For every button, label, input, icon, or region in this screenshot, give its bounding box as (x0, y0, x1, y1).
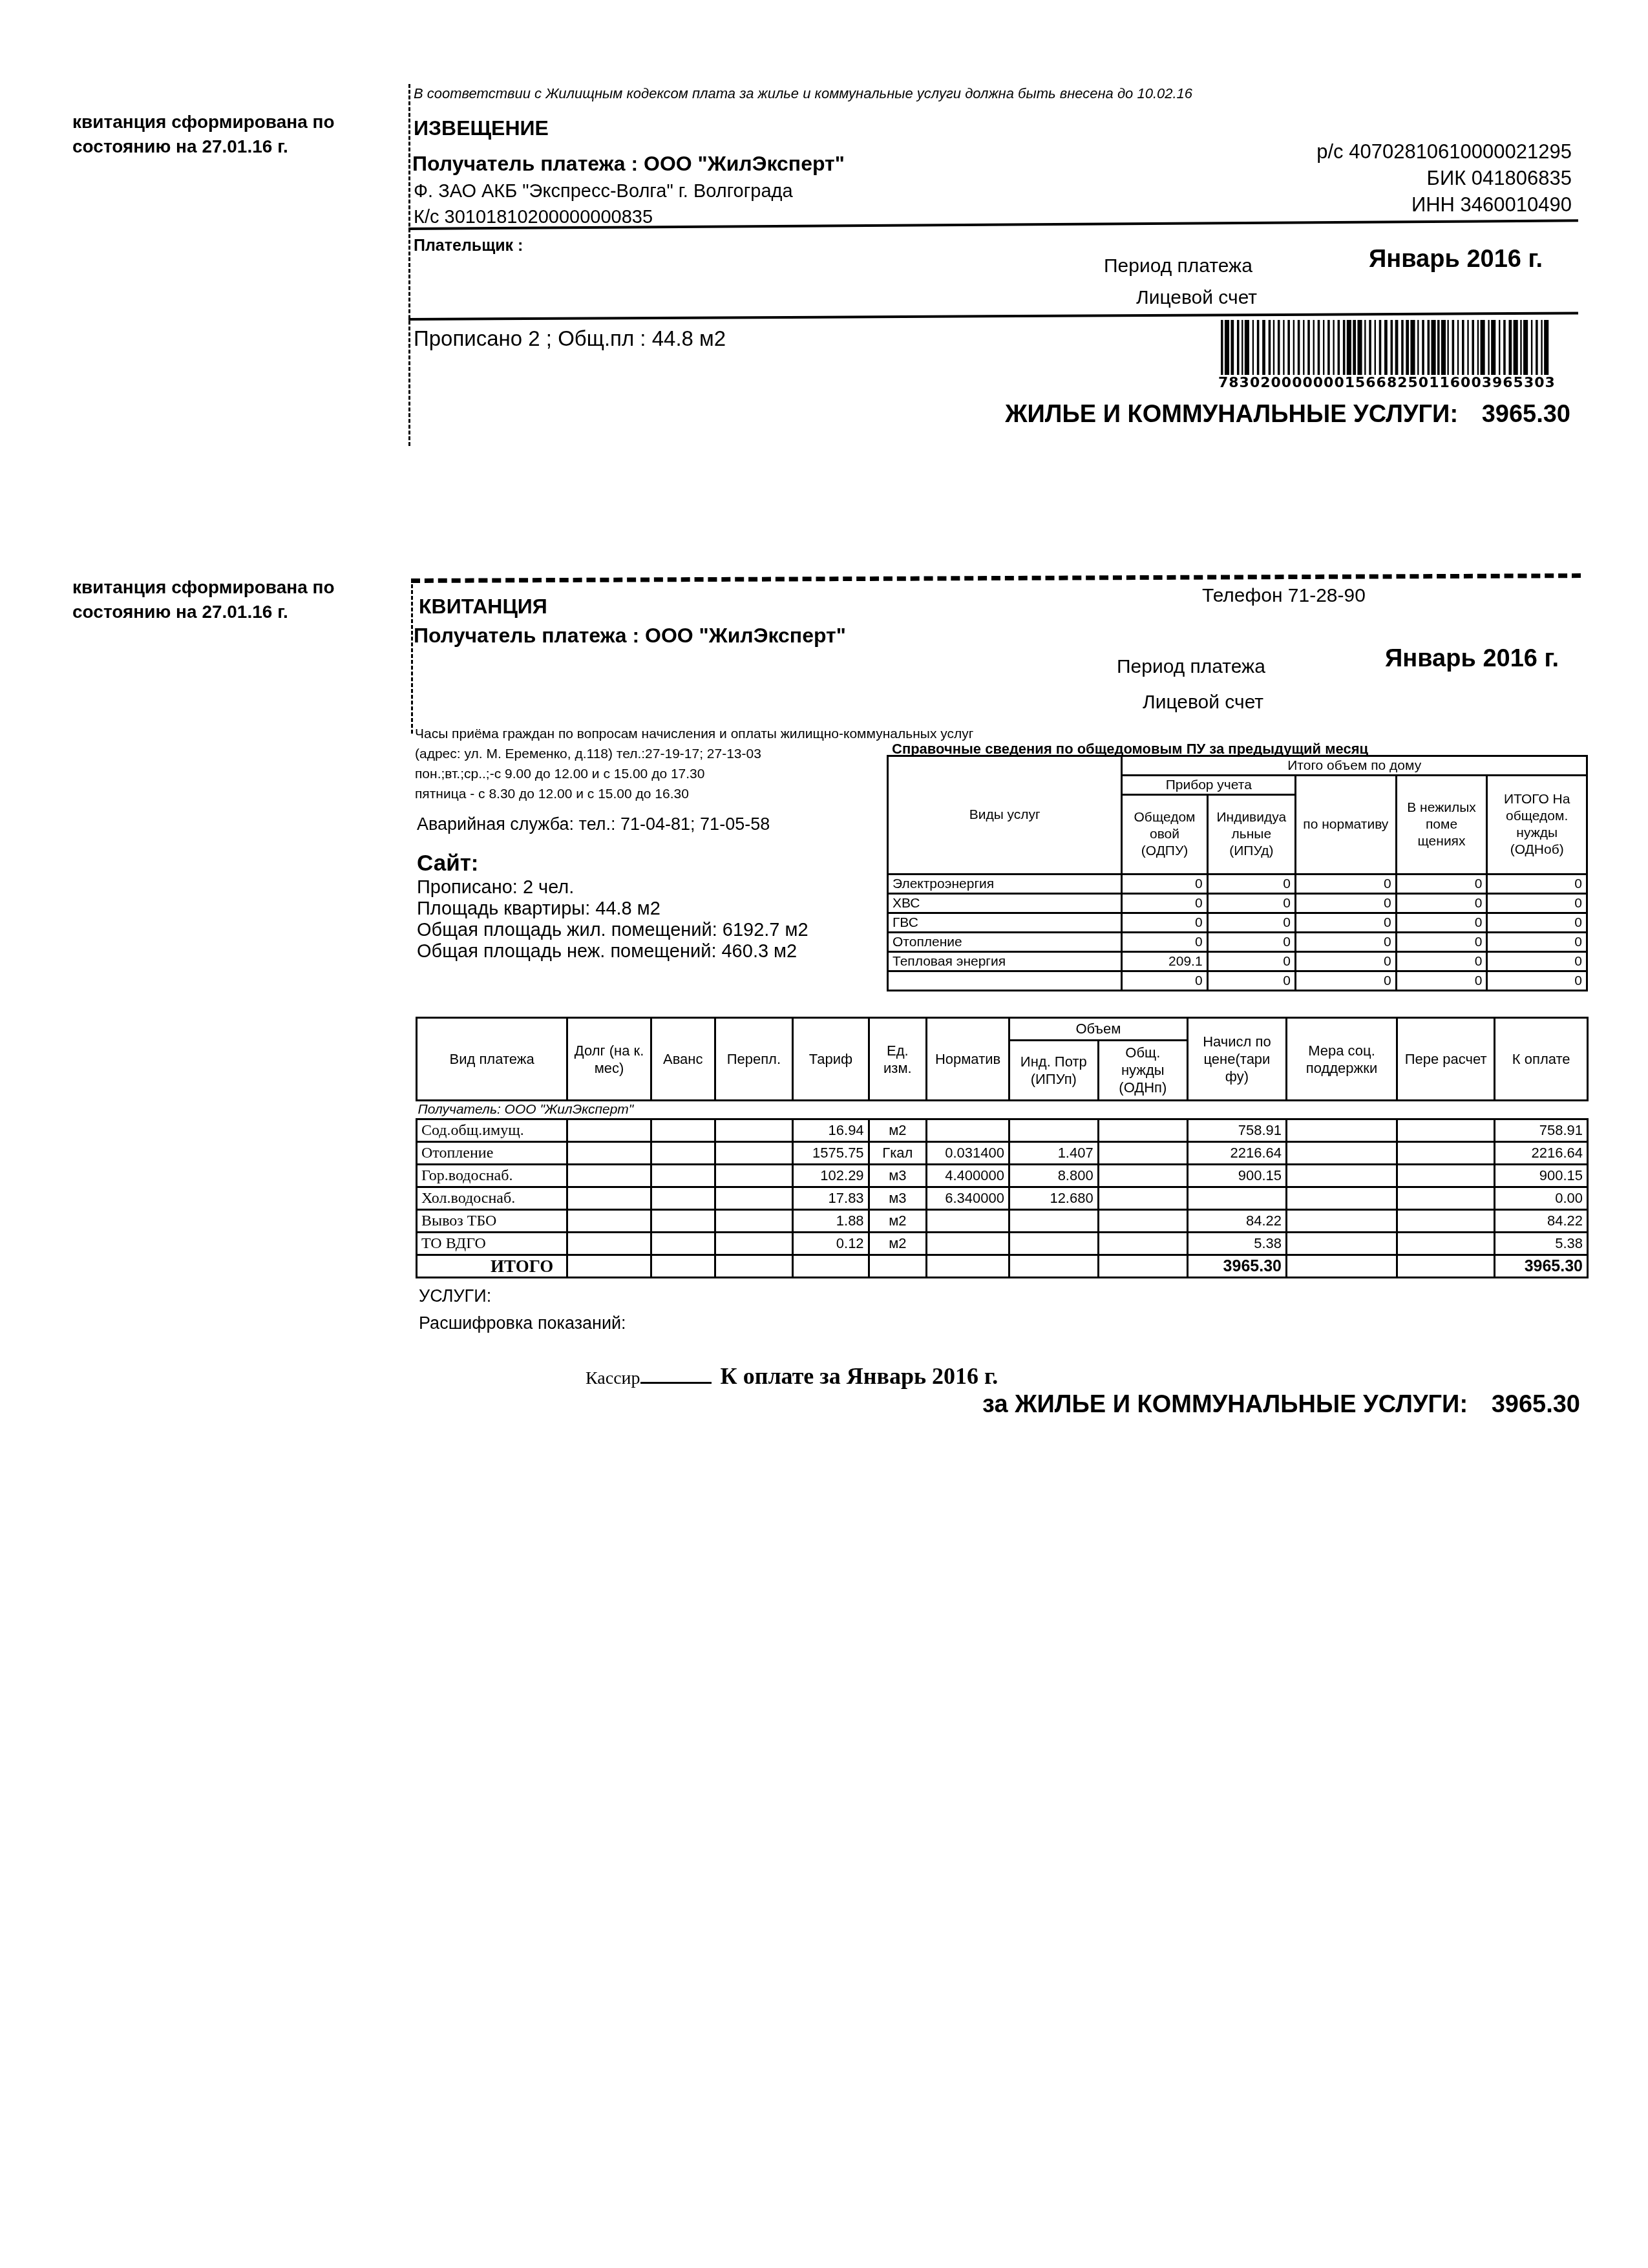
header-odpu: Общедом овой (ОДПУ) (1122, 795, 1207, 874)
to-pay-cell: 900.15 (1495, 1165, 1588, 1187)
pu-value: 0 (1396, 894, 1487, 913)
overpay-cell (715, 1210, 793, 1233)
accrued-cell: 758.91 (1187, 1119, 1286, 1142)
header-unit: Ед. изм. (869, 1018, 927, 1101)
header-overpay: Перепл. (715, 1018, 793, 1101)
common-meters-table: Виды услуг Итого объем по дому Прибор уч… (887, 755, 1588, 991)
pu-value: 209.1 (1122, 952, 1207, 971)
debt-cell (567, 1142, 651, 1165)
recalc-cell (1397, 1119, 1494, 1142)
recalc-cell (1397, 1210, 1494, 1233)
pu-value: 0 (1396, 913, 1487, 933)
recalc-cell (1397, 1142, 1494, 1165)
period-label: Период платежа (1117, 656, 1265, 678)
unit-cell: м2 (869, 1210, 927, 1233)
advance-cell (651, 1233, 715, 1255)
header-payment-type: Вид платежа (417, 1018, 567, 1101)
pay-for-period: К оплате за Январь 2016 г. (721, 1363, 998, 1389)
header-recalc: Пере расчет (1397, 1018, 1494, 1101)
ind-consumption-cell (1009, 1233, 1098, 1255)
recalc-cell (1397, 1165, 1494, 1187)
header-meter: Прибор учета (1122, 776, 1296, 795)
header-ind-consumption: Инд. Потр (ИПУп) (1009, 1040, 1098, 1101)
account-label: Лицевой счет (1143, 692, 1263, 714)
pu-value: 0 (1207, 874, 1295, 894)
notice-total: ЖИЛЬЕ И КОММУНАЛЬНЫЕ УСЛУГИ: 3965.30 (1005, 401, 1570, 429)
overpay-cell (715, 1165, 793, 1187)
pu-value: 0 (1396, 874, 1487, 894)
phone: Телефон 71-28-90 (1202, 585, 1366, 607)
charges-table-row: Гор.водоснаб.102.29м34.4000008.800900.15… (417, 1165, 1588, 1187)
header-advance: Аванс (651, 1018, 715, 1101)
fact-residential-area: Общая площадь жил. помещений: 6192.7 м2 (417, 920, 808, 941)
receipt-title: КВИТАНЦИЯ (419, 595, 547, 619)
pu-value: 0 (1487, 913, 1587, 933)
header-total-common: ИТОГО На общедом. нужды (ОДНоб) (1487, 776, 1587, 874)
apartment-facts: Прописано: 2 чел. Площадь квартиры: 44.8… (417, 877, 808, 962)
advance-cell (651, 1119, 715, 1142)
pu-value: 0 (1396, 971, 1487, 991)
legal-payment-deadline: В соответствии с Жилищным кодексом плата… (414, 85, 1192, 102)
norm-cell: 4.400000 (927, 1165, 1009, 1187)
barcode-icon (1218, 320, 1554, 375)
debt-cell (567, 1165, 651, 1187)
pu-value: 0 (1207, 894, 1295, 913)
service-name: Вывоз ТБО (417, 1210, 567, 1233)
header-to-pay: К оплате (1495, 1018, 1588, 1101)
barcode (1218, 320, 1554, 375)
advance-cell (651, 1165, 715, 1187)
total-label: ЖИЛЬЕ И КОММУНАЛЬНЫЕ УСЛУГИ: (1005, 401, 1458, 428)
fact-apartment-area: Площадь квартиры: 44.8 м2 (417, 898, 808, 920)
pu-value: 0 (1296, 971, 1397, 991)
pu-value: 0 (1396, 952, 1487, 971)
hours-line: Часы приёма граждан по вопросам начислен… (415, 724, 973, 744)
pu-value: 0 (1487, 894, 1587, 913)
readings-decoding-label: Расшифровка показаний: (419, 1313, 626, 1333)
period-label: Период платежа (1104, 255, 1252, 277)
debt-cell (567, 1119, 651, 1142)
tariff-cell: 102.29 (793, 1165, 869, 1187)
generated-note-line: квитанция сформирована по (72, 575, 335, 600)
unit-cell: м3 (869, 1187, 927, 1210)
pu-value: 0 (1122, 971, 1207, 991)
bank-name: Ф. ЗАО АКБ "Экспресс-Волга" г. Волгоград… (414, 181, 793, 202)
accrued-cell: 5.38 (1187, 1233, 1286, 1255)
advance-cell (651, 1210, 715, 1233)
final-total-value: 3965.30 (1492, 1391, 1580, 1418)
tariff-cell: 17.83 (793, 1187, 869, 1210)
pu-value: 0 (1207, 933, 1295, 952)
norm-cell: 0.031400 (927, 1142, 1009, 1165)
pu-value: 0 (1296, 913, 1397, 933)
tariff-cell: 1575.75 (793, 1142, 869, 1165)
header-ipud: Индивидуа льные (ИПУд) (1207, 795, 1295, 874)
notice-recipient: Получатель платежа : ООО "ЖилЭксперт" (412, 152, 845, 176)
pu-table-row: ГВС00000 (888, 913, 1587, 933)
pu-service-name (888, 971, 1122, 991)
emergency-service: Аварийная служба: тел.: 71-04-81; 71-05-… (417, 814, 770, 834)
ind-consumption-cell: 12.680 (1009, 1187, 1098, 1210)
debt-cell (567, 1233, 651, 1255)
pu-service-name: ГВС (888, 913, 1122, 933)
total-accrued: 3965.30 (1187, 1255, 1286, 1278)
ind-consumption-cell (1009, 1210, 1098, 1233)
pu-service-name: Отопление (888, 933, 1122, 952)
common-needs-cell (1098, 1187, 1187, 1210)
pu-value: 0 (1207, 913, 1295, 933)
charges-table-row: Отопление1575.75Гкал0.0314001.4072216.64… (417, 1142, 1588, 1165)
inn: ИНН 3460010490 (1411, 193, 1572, 217)
header-volume: Объем (1009, 1018, 1187, 1041)
pu-service-name: ХВС (888, 894, 1122, 913)
pu-table-row: Отопление00000 (888, 933, 1587, 952)
header-common-needs: Общ. нужды (ОДНп) (1098, 1040, 1187, 1101)
tariff-cell: 0.12 (793, 1233, 869, 1255)
norm-cell (927, 1210, 1009, 1233)
period-value: Январь 2016 г. (1385, 645, 1559, 673)
header-service-types: Виды услуг (888, 756, 1122, 874)
pu-service-name: Тепловая энергия (888, 952, 1122, 971)
account-label: Лицевой счет (1136, 287, 1257, 309)
pu-table-row: 00000 (888, 971, 1587, 991)
accrued-cell: 84.22 (1187, 1210, 1286, 1233)
pu-service-name: Электроэнергия (888, 874, 1122, 894)
cut-line-horizontal (411, 573, 1581, 583)
pu-value: 0 (1207, 952, 1295, 971)
receipt-final-total: за ЖИЛЬЕ И КОММУНАЛЬНЫЕ УСЛУГИ: 3965.30 (982, 1391, 1580, 1419)
cut-line-vertical (408, 84, 410, 446)
pu-value: 0 (1122, 874, 1207, 894)
header-accrued: Начисл по цене(тари фу) (1187, 1018, 1286, 1101)
unit-cell: м2 (869, 1233, 927, 1255)
accrued-cell (1187, 1187, 1286, 1210)
fact-nonresidential-area: Общая площадь неж. помещений: 460.3 м2 (417, 941, 808, 962)
charges-recipient: Получатель: ООО "ЖилЭксперт" (417, 1101, 1588, 1119)
ind-consumption-cell: 1.407 (1009, 1142, 1098, 1165)
cashier-label: Кассир (586, 1368, 640, 1388)
cashier-line: КассирК оплате за Январь 2016 г. (586, 1362, 998, 1390)
tariff-cell: 16.94 (793, 1119, 869, 1142)
charges-table-row: Сод.общ.имущ.16.94м2758.91758.91 (417, 1119, 1588, 1142)
pu-value: 0 (1487, 971, 1587, 991)
social-support-cell (1286, 1233, 1397, 1255)
service-name: ТО ВДГО (417, 1233, 567, 1255)
total-value: 3965.30 (1482, 401, 1570, 428)
overpay-cell (715, 1187, 793, 1210)
overpay-cell (715, 1233, 793, 1255)
common-needs-cell (1098, 1165, 1187, 1187)
header-debt: Долг (на к. мес) (567, 1018, 651, 1101)
debt-cell (567, 1210, 651, 1233)
cashier-signature-line (640, 1382, 712, 1384)
header-tariff: Тариф (793, 1018, 869, 1101)
receipt-recipient: Получатель платежа : ООО "ЖилЭксперт" (414, 624, 846, 648)
header-non-residential: В нежилых поме щениях (1396, 776, 1487, 874)
receipt-generated-note: квитанция сформирована по состоянию на 2… (72, 575, 335, 624)
charges-table: Вид платежа Долг (на к. мес) Аванс Переп… (416, 1017, 1589, 1278)
registered-area-info: Прописано 2 ; Общ.пл : 44.8 м2 (414, 326, 726, 351)
social-support-cell (1286, 1165, 1397, 1187)
social-support-cell (1286, 1142, 1397, 1165)
fact-registered: Прописано: 2 чел. (417, 877, 808, 898)
accrued-cell: 900.15 (1187, 1165, 1286, 1187)
total-row: ИТОГО 3965.30 3965.30 (417, 1255, 1588, 1278)
advance-cell (651, 1142, 715, 1165)
recalc-cell (1397, 1233, 1494, 1255)
norm-cell (927, 1233, 1009, 1255)
service-name: Отопление (417, 1142, 567, 1165)
norm-cell: 6.340000 (927, 1187, 1009, 1210)
header-total-volume: Итого объем по дому (1122, 756, 1587, 776)
notice-title: ИЗВЕЩЕНИЕ (414, 116, 549, 140)
charges-table-row: Хол.водоснаб.17.83м36.34000012.6800.00 (417, 1187, 1588, 1210)
header-norm: Норматив (927, 1018, 1009, 1101)
pu-value: 0 (1487, 952, 1587, 971)
barcode-number: 78302000000015668250116003965303 (1218, 375, 1556, 391)
recalc-cell (1397, 1187, 1494, 1210)
to-pay-cell: 2216.64 (1495, 1142, 1588, 1165)
social-support-cell (1286, 1119, 1397, 1142)
pu-value: 0 (1487, 874, 1587, 894)
period-value: Январь 2016 г. (1369, 246, 1543, 273)
bik: БИК 041806835 (1427, 167, 1572, 190)
unit-cell: м3 (869, 1165, 927, 1187)
overpay-cell (715, 1119, 793, 1142)
cut-line-vertical (411, 578, 413, 734)
pu-table-row: Электроэнергия00000 (888, 874, 1587, 894)
site-label: Сайт: (417, 851, 478, 876)
service-name: Гор.водоснаб. (417, 1165, 567, 1187)
social-support-cell (1286, 1187, 1397, 1210)
debt-cell (567, 1187, 651, 1210)
pu-value: 0 (1487, 933, 1587, 952)
divider-line (408, 312, 1578, 321)
generated-note-line: квитанция сформирована по (72, 110, 335, 134)
pu-value: 0 (1122, 894, 1207, 913)
header-by-norm: по нормативу (1296, 776, 1397, 874)
common-needs-cell (1098, 1142, 1187, 1165)
notice-generated-note: квитанция сформирована по состоянию на 2… (72, 110, 335, 159)
pu-value: 0 (1296, 894, 1397, 913)
corr-account: К/с 30101810200000000835 (414, 207, 653, 228)
advance-cell (651, 1187, 715, 1210)
pu-value: 0 (1296, 933, 1397, 952)
pu-value: 0 (1396, 933, 1487, 952)
pu-value: 0 (1296, 874, 1397, 894)
common-needs-cell (1098, 1210, 1187, 1233)
to-pay-cell: 0.00 (1495, 1187, 1588, 1210)
norm-cell (927, 1119, 1009, 1142)
generated-note-date: состоянию на 27.01.16 г. (72, 600, 335, 624)
services-label: УСЛУГИ: (419, 1286, 491, 1306)
to-pay-cell: 5.38 (1495, 1233, 1588, 1255)
service-name: Хол.водоснаб. (417, 1187, 567, 1210)
total-label: ИТОГО (417, 1255, 567, 1278)
service-name: Сод.общ.имущ. (417, 1119, 567, 1142)
pu-value: 0 (1296, 952, 1397, 971)
pu-table-row: ХВС00000 (888, 894, 1587, 913)
charges-table-row: Вывоз ТБО1.88м284.2284.22 (417, 1210, 1588, 1233)
pu-value: 0 (1122, 913, 1207, 933)
payer-label: Плательщик : (414, 237, 523, 255)
final-total-label: за ЖИЛЬЕ И КОММУНАЛЬНЫЕ УСЛУГИ: (982, 1391, 1468, 1418)
pu-table-row: Тепловая энергия209.10000 (888, 952, 1587, 971)
settlement-account: р/с 40702810610000021295 (1316, 140, 1572, 164)
generated-note-date: состоянию на 27.01.16 г. (72, 134, 335, 159)
ind-consumption-cell: 8.800 (1009, 1165, 1098, 1187)
ind-consumption-cell (1009, 1119, 1098, 1142)
pu-value: 0 (1207, 971, 1295, 991)
overpay-cell (715, 1142, 793, 1165)
common-needs-cell (1098, 1119, 1187, 1142)
common-needs-cell (1098, 1233, 1187, 1255)
total-to-pay: 3965.30 (1495, 1255, 1588, 1278)
accrued-cell: 2216.64 (1187, 1142, 1286, 1165)
header-social-support: Мера соц. поддержки (1286, 1018, 1397, 1101)
charges-table-row: ТО ВДГО0.12м25.385.38 (417, 1233, 1588, 1255)
unit-cell: м2 (869, 1119, 927, 1142)
social-support-cell (1286, 1210, 1397, 1233)
unit-cell: Гкал (869, 1142, 927, 1165)
tariff-cell: 1.88 (793, 1210, 869, 1233)
to-pay-cell: 84.22 (1495, 1210, 1588, 1233)
pu-value: 0 (1122, 933, 1207, 952)
to-pay-cell: 758.91 (1495, 1119, 1588, 1142)
